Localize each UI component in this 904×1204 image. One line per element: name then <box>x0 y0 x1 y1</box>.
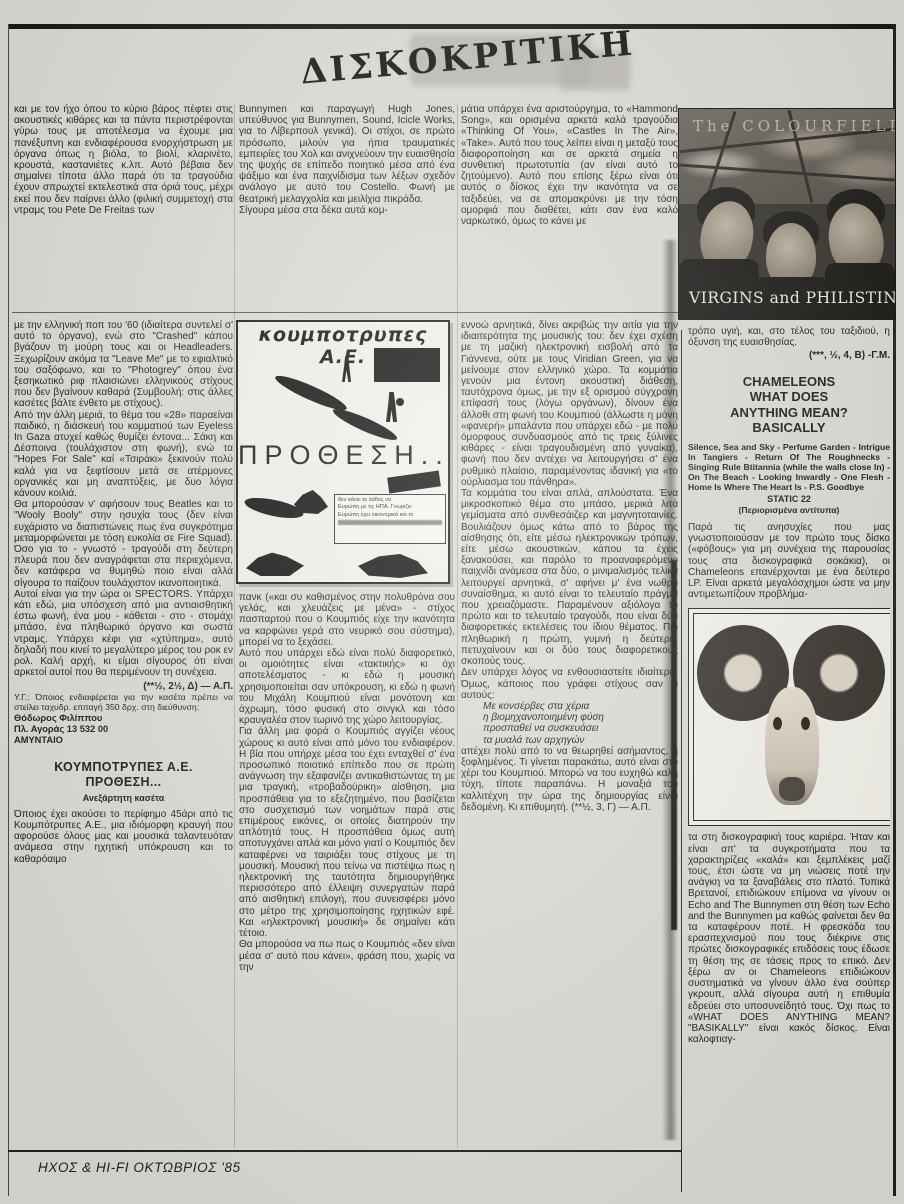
silhouette-cluster <box>358 554 428 578</box>
footer-divider <box>8 1150 682 1152</box>
koumpotrypes-review-col3: εννοώ αρνητικά, δίνει ακριβώς την αιτία … <box>461 320 678 1098</box>
spectors-review-column: με την ελληνική ποπ του '60 (ιδιαίτερα σ… <box>14 320 233 1150</box>
review-paragraph: τρόπο υγιή, και, στο τέλος του ταξιδιού,… <box>688 326 890 348</box>
colourfield-review-col3: μάτια υπάρχει ένα αριστούργημα, το «Hamm… <box>461 104 678 310</box>
page-footer: ΗΧΟΣ & HI-FI ΟΚΤΩΒΡΙΟΣ '85 <box>38 1160 241 1175</box>
cover-album-title: VIRGINS and PHILISTINES <box>689 289 896 307</box>
review-rating: (**½, 2½, Δ) — Α.Π. <box>14 681 233 692</box>
lyric-verse-line: τα μυαλά των αρχηγών <box>461 735 678 746</box>
address-line: Πλ. Αγοράς 13 532 00 <box>14 724 233 735</box>
chameleons-artwork <box>688 608 890 826</box>
silhouette-cluster <box>294 490 328 514</box>
colourfield-review-col2: Bunnymen και παραγωγή Hugh Jones, υπεύθυ… <box>239 104 455 310</box>
column-separator-2 <box>457 104 458 1148</box>
silhouette-cluster <box>243 494 305 522</box>
dark-corner-block <box>374 348 440 382</box>
masthead: ΔΙΣΚΟΚΡΙΤΙΚΗ <box>260 28 680 100</box>
review-paragraph: Σίγουρα μέσα στα δέκα αυτά κομ- <box>239 205 455 216</box>
review-paragraph: Δεν υπάρχει λόγος να ενθουσιαστείτε ιδια… <box>461 667 678 701</box>
review-subtitle: Ανεξάρτητη κασέτα <box>14 793 233 804</box>
review-paragraph: Για άλλη μια φορά ο Κουμπιός αγγίζει νέο… <box>239 726 455 939</box>
magazine-page: ΔΙΣΚΟΚΡΙΤΙΚΗ και με τον ήχο όπου το κύρι… <box>0 0 904 1204</box>
column-separator-1 <box>234 104 235 1148</box>
colourfield-album-cover: The COLOURFIELD VIRGINS and PHILISTINES <box>678 108 896 320</box>
review-paragraph: Θα μπορούσα να πω πως ο Κουμπιός «δεν εί… <box>239 939 455 973</box>
artwork-muzzle <box>779 777 805 801</box>
review-paragraph: πανκ («και συ καθισμένος στην πολυθρόνα … <box>239 592 455 648</box>
review-title-2: ΠΡΟΘΕΣΗ... <box>14 775 233 790</box>
silhouette-cluster <box>246 550 304 576</box>
review-paragraph: Bunnymen και παραγωγή Hugh Jones, υπεύθυ… <box>239 104 455 205</box>
section-divider <box>12 312 678 313</box>
review-paragraph: εννοώ αρνητικά, δίνει ακριβώς την αιτία … <box>461 320 678 488</box>
clipping-line: Ευρώπη έχει οικονομικά και πι <box>338 512 442 519</box>
review-paragraph: μάτια υπάρχει ένα αριστούργημα, το «Hamm… <box>461 104 678 227</box>
review-paragraph: και με τον ήχο όπου το κύριο βάρος πέφτε… <box>14 104 233 216</box>
clipping-illegible-line <box>338 520 442 525</box>
record-label: STATIC 22 <box>688 494 890 505</box>
figure-carried-object <box>396 398 404 406</box>
review-paragraph: Αυτοί είναι για την ώρα οι SPECTORS. Υπά… <box>14 589 233 679</box>
review-closing-paragraph: απέχει πολύ από το να θεωρηθεί ασήμαντος… <box>461 746 678 813</box>
review-paragraph: τα στη δισκογραφική τους καριέρα. Ήταν κ… <box>688 832 890 1045</box>
review-paragraph: Θα μπορούσαν ν' αφήσουν τους Beatles και… <box>14 499 233 589</box>
review-title: ΚΟΥΜΠΟΤΡΥΠΕΣ Α.Ε. <box>14 760 233 775</box>
page-frame-left <box>8 24 9 1196</box>
review-title-line: BASICALLY <box>688 420 890 436</box>
clipping-line: δεν κάνει το λάθος να <box>338 497 442 504</box>
review-title-line: CHAMELEONS <box>688 374 890 390</box>
review-paragraph: Παρά τις ανησυχίες που μας γνωστοποιούσα… <box>688 522 890 600</box>
lyric-verse-line: η βιομηχανοποιημένη φύση <box>461 712 678 723</box>
review-title-line: ANYTHING MEAN? <box>688 405 890 421</box>
review-postscript: Υ.Γ.: Όποιος ενδιαφέρεται για την κασέτα… <box>14 692 233 713</box>
review-paragraph: με την ελληνική ποπ του '60 (ιδιαίτερα σ… <box>14 320 233 410</box>
review-paragraph: Αυτό που υπάρχει εδώ είναι πολύ διαφορετ… <box>239 648 455 726</box>
koumpotrypes-cassette-cover: κουμποτρυπες Α.Ε. ΠΡΟΘΕΣΗ... δεν κάνει τ… <box>236 320 450 584</box>
review-paragraph: Από την άλλη μεριά, το θέμα του «28» παρ… <box>14 410 233 500</box>
cover-artist-name: The COLOURFIELD <box>693 117 896 135</box>
lyric-verse-line: Με κονσέρβες στα χέρια <box>461 701 678 712</box>
lyric-verse-line: προσπαθεί να συσκευάσει <box>461 723 678 734</box>
album-tracklist: Silence, Sea and Sky - Perfume Garden - … <box>688 442 890 493</box>
chameleons-review-column: τρόπο υγιή, και, στο τέλος του ταξιδιού,… <box>688 326 890 1192</box>
review-paragraph: Όποιος έχει ακούσει το περίφημο 45άρι απ… <box>14 809 233 865</box>
figure-silhouette <box>386 392 397 422</box>
review-rating: (***, ½, 4, Β) -Γ.Μ. <box>688 350 890 361</box>
silhouette-cluster <box>387 470 441 493</box>
review-title-line: WHAT DOES <box>688 389 890 405</box>
column-separator-3 <box>681 330 682 1192</box>
review-paragraph: Τα κομμάτια του είναι απλά, απλούστατα. … <box>461 488 678 667</box>
koumpotrypes-review-col2: πανκ («και συ καθισμένος στην πολυθρόνα … <box>239 592 455 1148</box>
address-line: ΑΜΥΝΤΑΙΟ <box>14 735 233 746</box>
clipping-line: Ευρώπη με τις ΗΠΑ. Γνωρίζει <box>338 504 442 511</box>
cassette-title: ΠΡΟΘΕΣΗ... <box>238 440 448 471</box>
newspaper-clipping: δεν κάνει το λάθος να Ευρώπη με τις ΗΠΑ.… <box>334 494 446 544</box>
limited-edition-note: (Περιορισμένα αντίτυπα) <box>688 505 890 516</box>
colourfield-review-col1: και με τον ήχο όπου το κύριο βάρος πέφτε… <box>14 104 233 310</box>
address-line: Θόδωρος Φιλίππου <box>14 713 233 724</box>
